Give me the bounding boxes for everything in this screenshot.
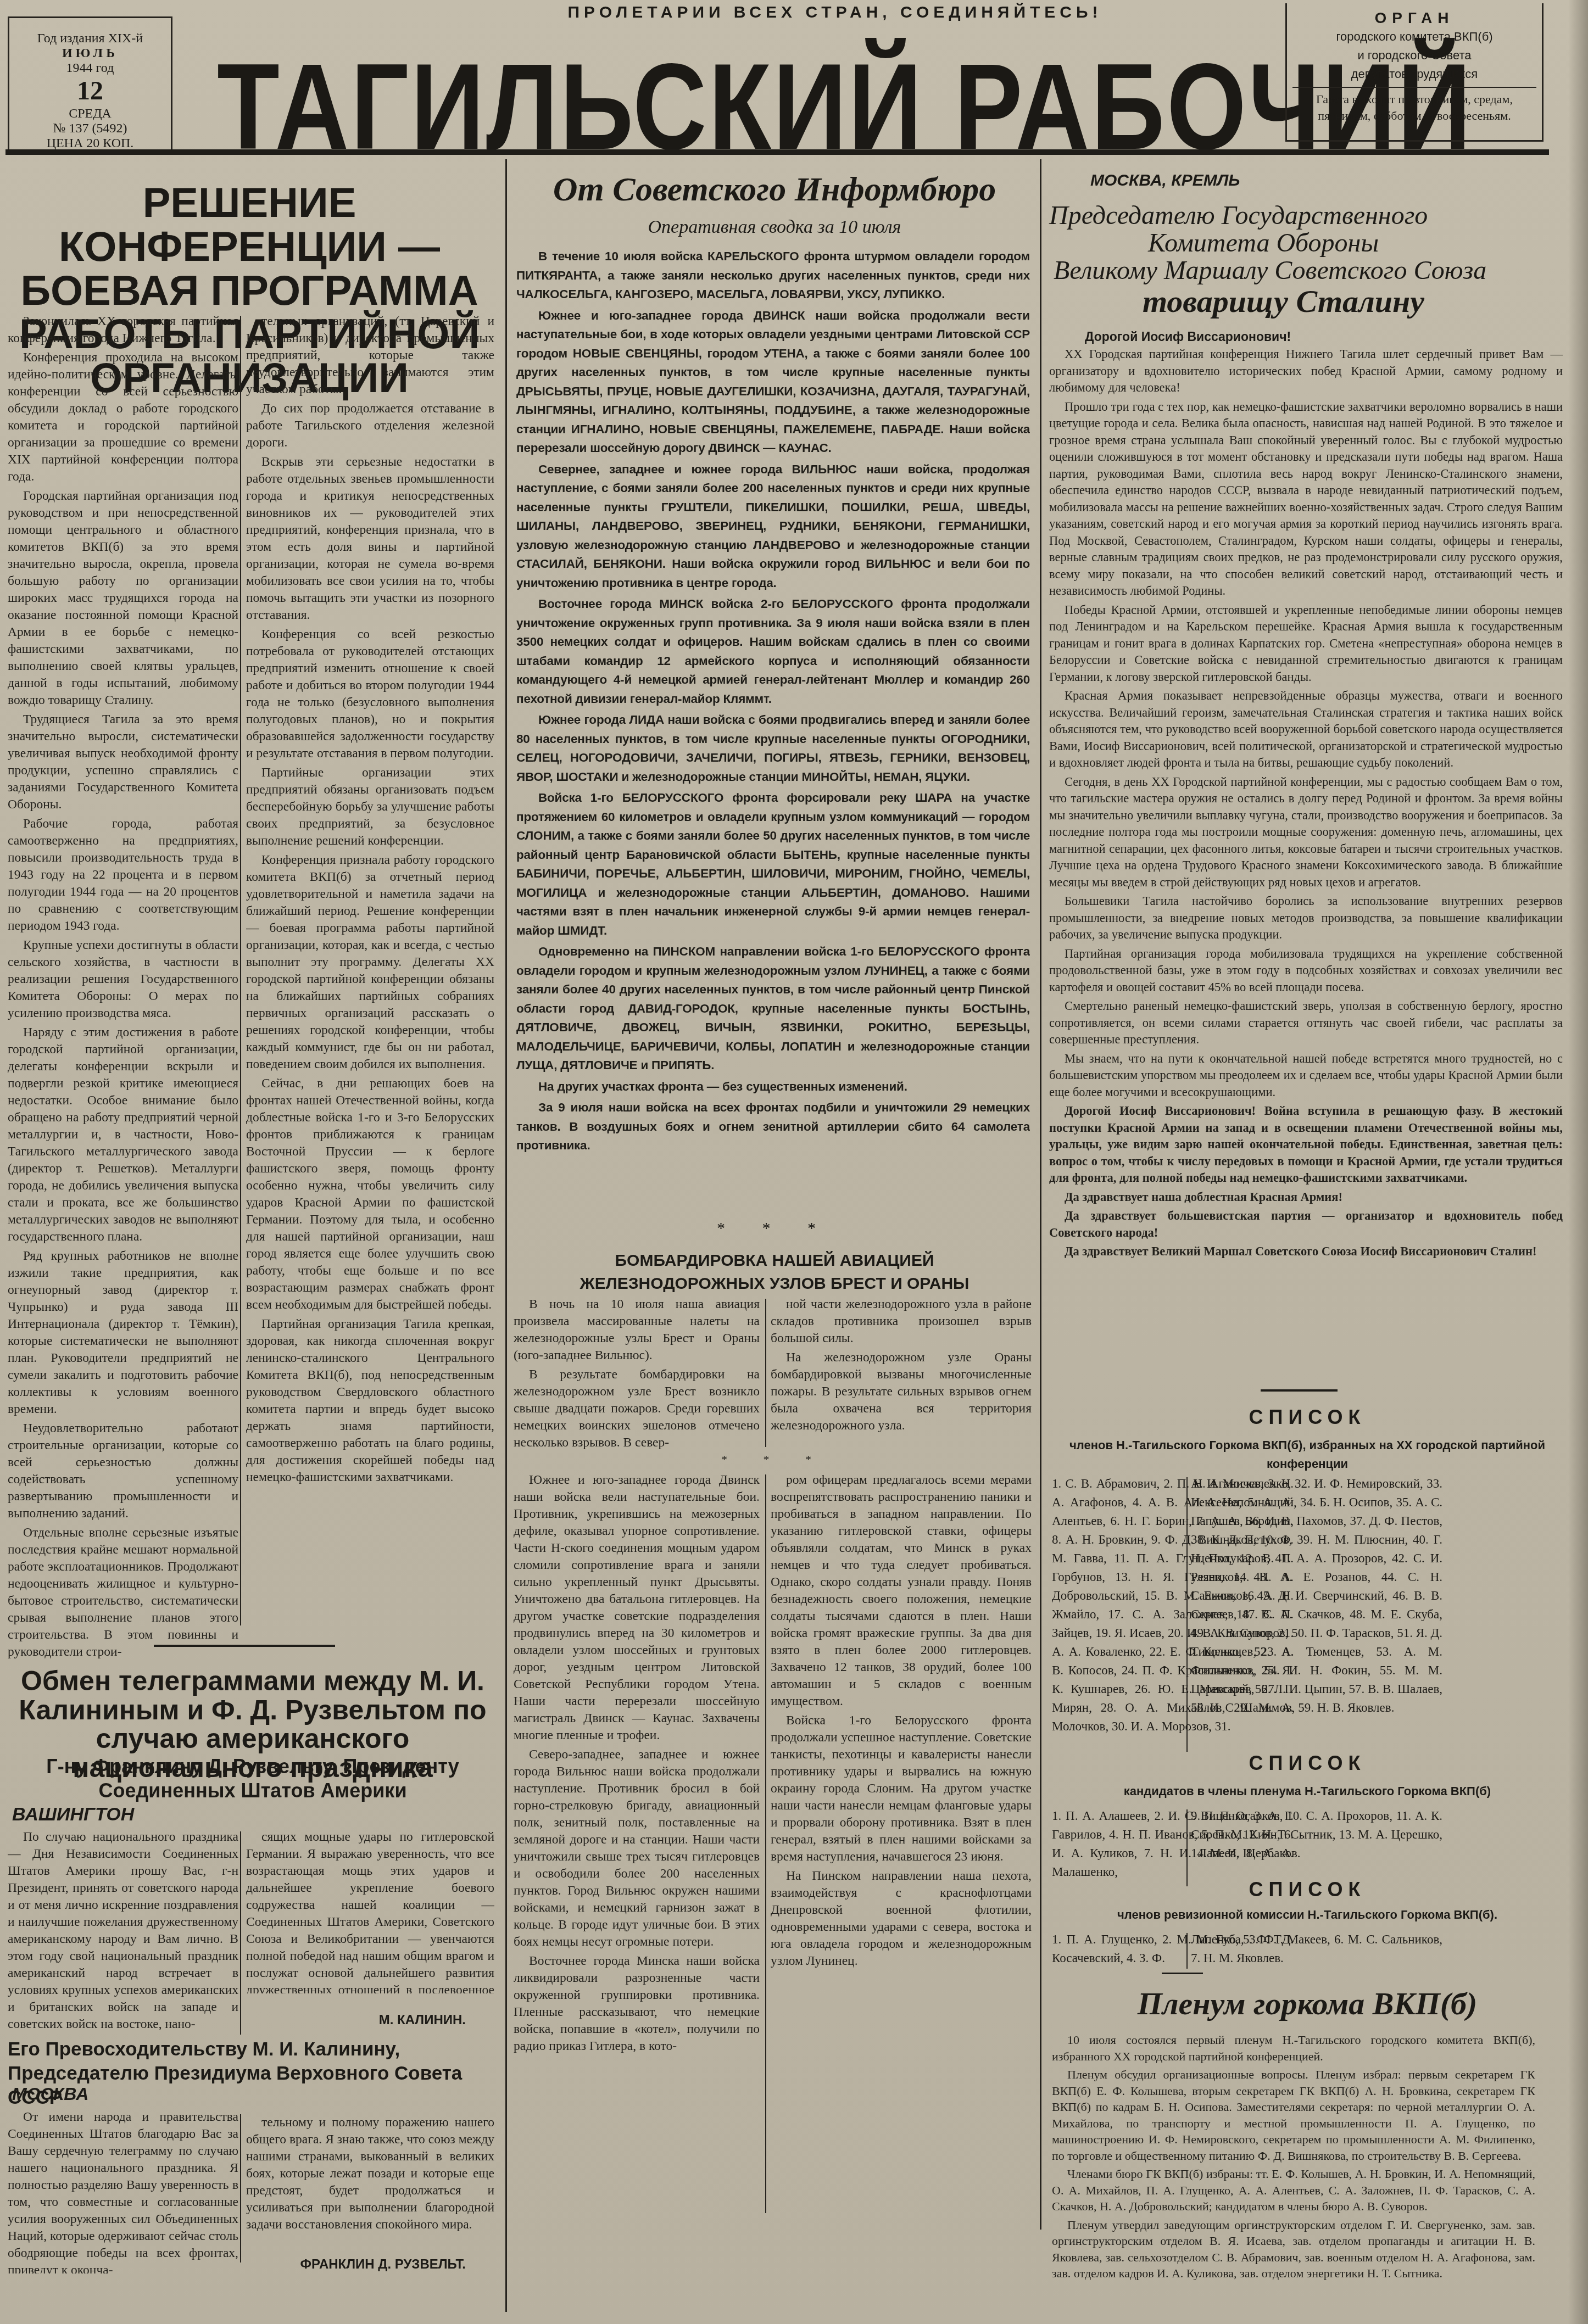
telegram-2-signature: ФРАНКЛИН Д. РУЗВЕЛЬТ. (246, 2257, 466, 2272)
paragraph: Восточнее города МИНСК войска 2-го БЕЛОР… (516, 595, 1030, 708)
bombing-column-1: В ночь на 10 июля наша авиация произвела… (514, 1296, 760, 1450)
section-stars: * * * (514, 1219, 1035, 1238)
frontline-column-1: Южнее и юго-западнее города Двинск наши … (514, 1472, 760, 2262)
paragraph: Пленум обсудил организационные вопросы. … (1052, 2066, 1535, 2164)
paragraph: Одновременно на ПИНСКОМ направлении войс… (516, 942, 1030, 1075)
column-divider (1186, 1809, 1188, 1886)
paragraph: Пленум утвердил заведующим оргинструктор… (1052, 2217, 1535, 2282)
paragraph: Да здравствует большевистская партия — о… (1049, 1208, 1563, 1241)
plenum-headline: Пленум горкома ВКП(б) (1046, 1985, 1568, 2022)
paragraph: Прошло три года с тех пор, как немецко-ф… (1049, 399, 1563, 600)
gorkom-list-column-2: А. И. Москаленко, 32. И. Ф. Немировский,… (1191, 1474, 1442, 1755)
organ-box: ОРГАН городского комитета ВКП(б) и город… (1285, 3, 1544, 142)
paragraph: Неудовлетворительно работают строительны… (8, 1420, 238, 1522)
paragraph: Партийная организация города мобилизовал… (1049, 946, 1563, 996)
column-divider (240, 316, 241, 1625)
paragraph: Южнее и юго-западнее города ДВИНСК наши … (516, 306, 1030, 458)
paragraph: Восточнее города Минска наши войска ликв… (514, 1953, 760, 2055)
paragraph: сящих мощные удары по гитлеровской Герма… (246, 1829, 494, 1993)
paragraph: Конференция признала работу городского к… (246, 852, 494, 1073)
paragraph: Трудящиеся Тагила за это время значитель… (8, 711, 238, 813)
candidates-list-column-2: 9. П. П. Огарков, 10. С. А. Прохоров, 11… (1191, 1807, 1442, 1889)
paragraph: Членами бюро ГК ВКП(б) избраны: тт. Е. Ф… (1052, 2166, 1535, 2215)
bombing-headline: БОМБАРДИРОВКА НАШЕЙ АВИАЦИЕЙ ЖЕЛЕЗНОДОРО… (522, 1249, 1027, 1295)
paragraph: От имени народа и правительства Соединен… (8, 2109, 238, 2273)
paragraph: Южнее города ЛИДА наши войска с боями пр… (516, 711, 1030, 786)
organ-title: ОРГАН (1292, 9, 1536, 27)
letter-location: МОСКВА, КРЕМЛЬ (1090, 171, 1240, 190)
paragraph: ром офицерам предлагалось всеми мерами в… (771, 1472, 1032, 1710)
telegram-2-city: МОСКВА (12, 2084, 88, 2104)
year-of-publication: Год издания XIX-й (14, 31, 166, 46)
letter-salutation: Дорогой Иосиф Виссарионович! (1085, 329, 1291, 344)
paragraph: В ночь на 10 июля наша авиация произвела… (514, 1296, 760, 1364)
gorkom-list-title: СПИСОК (1046, 1406, 1568, 1429)
column-divider (1186, 1477, 1188, 1752)
paragraph: В течение 10 июля войска КАРЕЛЬСКОГО фро… (516, 247, 1030, 304)
sovinform-headline: От Советского Информбюро (514, 170, 1035, 209)
paragraph: До сих пор продолжается отставание в раб… (246, 400, 494, 451)
paragraph: По случаю национального праздника — Дня … (8, 1829, 238, 2033)
paragraph: Партийная организация Тагила крепкая, зд… (246, 1316, 494, 1486)
paragraph: Севернее, западнее и южнее города ВИЛЬНЮ… (516, 460, 1030, 593)
paragraph: XX Городская партийная конференция Нижне… (1049, 346, 1563, 396)
paragraph: Красная Армия показывает непревзойденные… (1049, 688, 1563, 772)
candidates-list-subtitle: кандидатов в члены пленума Н.-Тагильског… (1055, 1782, 1560, 1801)
newspaper-page: ПРОЛЕТАРИИ ВСЕХ СТРАН, СОЕДИНЯЙТЕСЬ! Год… (0, 0, 1588, 2324)
plenum-body: 10 июля состоялся первый пленум Н.-Тагил… (1052, 2032, 1535, 2284)
bombing-column-2: ной части железнодорожного узла в районе… (771, 1296, 1032, 1450)
paragraph: Северо-западнее, западнее и южнее города… (514, 1746, 760, 1951)
frontline-column-2: ром офицерам предлагалось всеми мерами в… (771, 1472, 1032, 2262)
column-divider (765, 1474, 766, 2213)
telegram-1-signature: М. КАЛИНИН. (246, 2013, 466, 2028)
gorkom-list-subtitle: членов Н.-Тагильского Горкома ВКП(б), из… (1055, 1436, 1560, 1473)
paragraph: Рабочие города, работая самоотверженно н… (8, 815, 238, 935)
organ-line-2: и городского Совета (1292, 46, 1536, 65)
paragraph: На Пинском направлении наша пехота, взаи… (771, 1868, 1032, 1970)
column-divider (1040, 159, 1041, 2230)
letter-address-4: товарищу Сталину (1143, 283, 1424, 320)
issue-number: № 137 (5492) (14, 121, 166, 136)
column-divider (240, 1831, 241, 2035)
audit-list-subtitle: членов ревизионной комиссии Н.-Тагильско… (1055, 1906, 1560, 1924)
paragraph: Да здравствует Великий Маршал Советского… (1049, 1243, 1563, 1260)
paragraph: Большевики Тагила настойчиво боролись за… (1049, 893, 1563, 943)
party-motto: ПРОЛЕТАРИИ ВСЕХ СТРАН, СОЕДИНЯЙТЕСЬ! (456, 3, 1214, 22)
paragraph: 10 июля состоялся первый пленум Н.-Тагил… (1052, 2032, 1535, 2064)
paragraph: Дорогой Иосиф Виссарионович! Война вступ… (1049, 1103, 1563, 1187)
price: ЦЕНА 20 КОП. (14, 136, 166, 151)
paragraph: Закончилась XX городская партийная конфе… (8, 313, 238, 347)
paragraph: Вскрыв эти серьезные недостатки в работе… (246, 454, 494, 624)
paragraph: Редактором газеты «Тагильский рабочий» у… (1052, 2284, 1535, 2285)
telegram-1-column-1: По случаю национального праздника — Дня … (8, 1829, 238, 2037)
paragraph: Конференция проходила на высоком идейно-… (8, 349, 238, 485)
audit-list-column-2: Лапенко, 5. Ф. Т. Макеев, 6. М. С. Сальн… (1191, 1930, 1442, 1971)
paragraph: Смертельно раненый немецко-фашистский зв… (1049, 998, 1563, 1048)
sovinform-report: В течение 10 июля войска КАРЕЛЬСКОГО фро… (516, 247, 1030, 1203)
masthead-rule (5, 149, 1549, 155)
telegram-1-column-2: сящих мощные удары по гитлеровской Герма… (246, 1829, 494, 1993)
paragraph: тельных организаций, (тт. Царевский и Кр… (246, 313, 494, 398)
section-stars: * * * (514, 1452, 1035, 1467)
year: 1944 год (14, 61, 166, 76)
paragraph: Ряд крупных работников не вполне изжили … (8, 1248, 238, 1418)
section-divider (1261, 1389, 1338, 1392)
candidates-list-title: СПИСОК (1046, 1752, 1568, 1775)
audit-list-title: СПИСОК (1046, 1878, 1568, 1901)
paragraph: Городская партийная организация под руко… (8, 488, 238, 709)
section-divider (154, 1645, 335, 1647)
letter-address-3: Великому Маршалу Советского Союза (1054, 255, 1486, 286)
paragraph: Мы знаем, что на пути к окончательной на… (1049, 1051, 1563, 1101)
letter-address-1: Председателю Государственного (1049, 200, 1428, 231)
paragraph: На других участках фронта — без существе… (516, 1077, 1030, 1097)
paragraph: ной части железнодорожного узла в районе… (771, 1296, 1032, 1347)
telegram-2-column-2: тельному и полному поражению нашего обще… (246, 2114, 494, 2241)
paragraph: Войска 1-го Белорусского фронта продолжа… (771, 1712, 1032, 1865)
telegram-2-column-1: От имени народа и правительства Соединен… (8, 2109, 238, 2273)
paragraph: Крупные успехи достигнуты в области сель… (8, 937, 238, 1022)
paragraph: На железнодорожном узле Ораны бомбардиро… (771, 1349, 1032, 1434)
weekday: СРЕДА (14, 107, 166, 121)
month: ИЮЛЬ (14, 46, 166, 61)
paragraph: Наряду с этим достижения в работе городс… (8, 1024, 238, 1245)
organ-line-3: депутатов трудящихся (1292, 65, 1536, 83)
organ-line-1: городского комитета ВКП(б) (1292, 27, 1536, 46)
telegram-1-city: ВАШИНГТОН (12, 1804, 134, 1825)
paragraph: Южнее и юго-западнее города Двинск наши … (514, 1472, 760, 1744)
paragraph: Да здравствует наша доблестная Красная А… (1049, 1189, 1563, 1206)
column-divider (1186, 1933, 1188, 1969)
sovinform-subhead: Оперативная сводка за 10 июля (514, 217, 1035, 238)
paragraph: В результате бомбардировки на железнодор… (514, 1366, 760, 1450)
editorial-column-1: Закончилась XX городская партийная конфе… (8, 313, 238, 1658)
paragraph: Сейчас, в дни решающих боев на фронтах н… (246, 1075, 494, 1314)
publication-schedule: Газета выходит по вторникам, средам, пят… (1292, 87, 1536, 124)
paragraph: Войска 1-го БЕЛОРУССКОГО фронта форсиров… (516, 789, 1030, 940)
page-edge-shadow (1568, 0, 1588, 2324)
letter-address-2: Комитета Обороны (1148, 228, 1379, 258)
paragraph: Конференция со всей резкостью потребовал… (246, 626, 494, 762)
paragraph: тельному и полному поражению нашего обще… (246, 2114, 494, 2233)
paragraph: Сегодня, в день XX Городской партийной к… (1049, 774, 1563, 891)
section-divider (1162, 1973, 1203, 1974)
column-divider (505, 159, 507, 2312)
paragraph: Отдельные вполне серьезные изъятые после… (8, 1524, 238, 1658)
paragraph: Партийные организации этих предприятий о… (246, 764, 494, 850)
paragraph: Победы Красной Армии, отстоявшей и укреп… (1049, 602, 1563, 686)
editorial-column-2: тельных организаций, (тт. Царевский и Кр… (246, 313, 494, 1625)
column-divider (240, 2114, 241, 2262)
paragraph: За 9 июля наши войска на всех фронтах по… (516, 1098, 1030, 1155)
telegram-1-addressee: Г-ну Франклину Д. Рузвельту, Президенту … (11, 1755, 494, 1803)
letter-body: XX Городская партийная конференция Нижне… (1049, 346, 1563, 1384)
edition-box: Год издания XIX-й ИЮЛЬ 1944 год 12 СРЕДА… (8, 16, 172, 154)
column-divider (765, 1299, 766, 1447)
day-number: 12 (14, 76, 166, 107)
